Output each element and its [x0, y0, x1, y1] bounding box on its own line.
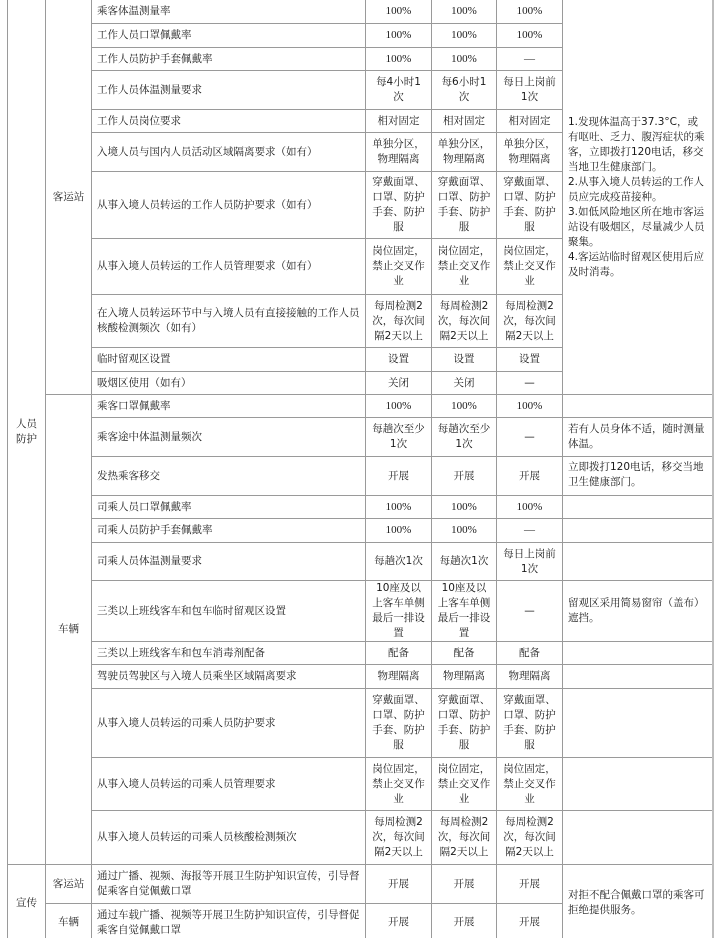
value-cell: 单独分区，物理隔离 — [366, 133, 432, 172]
item-label: 司乘人员口罩佩戴率 — [92, 496, 366, 519]
table-row: 乘客途中体温测量频次 每趟次至少1次 每趟次至少1次 — 若有人员身体不适，随时… — [8, 418, 713, 457]
value-cell: 100% — [366, 519, 432, 543]
value-cell: 开展 — [497, 904, 563, 938]
value-cell: 设置 — [497, 348, 563, 372]
value-cell: 开展 — [366, 865, 432, 904]
value-cell: 单独分区，物理隔离 — [497, 133, 563, 172]
remark-cell — [563, 519, 713, 543]
value-cell: 每周检测2次，每次间隔2天以上 — [366, 295, 432, 348]
value-cell: 开展 — [497, 865, 563, 904]
category-personnel-protection: 人员 防护 — [8, 0, 46, 865]
value-cell: 相对固定 — [497, 110, 563, 133]
item-label: 司乘人员防护手套佩戴率 — [92, 519, 366, 543]
item-label: 工作人员防护手套佩戴率 — [92, 48, 366, 71]
remark-cell — [563, 395, 713, 418]
value-cell: 相对固定 — [432, 110, 497, 133]
value-cell: 穿戴面罩、口罩、防护手套、防护服 — [497, 172, 563, 239]
value-cell: 开展 — [497, 457, 563, 496]
value-cell: 100% — [497, 0, 563, 24]
item-label: 工作人员岗位要求 — [92, 110, 366, 133]
station-remarks: 1.发现体温高于37.3°C，或有呕吐、乏力、腹泻症状的乘客，立即拨打120电话… — [563, 0, 713, 395]
value-cell: 100% — [366, 24, 432, 48]
item-label: 工作人员体温测量要求 — [92, 71, 366, 110]
value-cell: 100% — [497, 24, 563, 48]
item-label: 乘客体温测量率 — [92, 0, 366, 24]
table-row: 从事入境人员转运的司乘人员防护要求 穿戴面罩、口罩、防护手套、防护服 穿戴面罩、… — [8, 689, 713, 758]
table-row: 驾驶员驾驶区与入境人员乘坐区域隔离要求 物理隔离 物理隔离 物理隔离 — [8, 665, 713, 689]
publicity-remarks: 对拒不配合佩戴口罩的乘客可拒绝提供服务。 — [563, 865, 713, 938]
item-label: 通过车载广播、视频等开展卫生防护知识宣传，引导督促乘客自觉佩戴口罩 — [92, 904, 366, 938]
table-row: 三类以上班线客车和包车消毒剂配备 配备 配备 配备 — [8, 642, 713, 665]
subcategory-station: 客运站 — [46, 0, 92, 395]
value-cell: 开展 — [366, 457, 432, 496]
value-cell: 每周检测2次，每次间隔2天以上 — [497, 295, 563, 348]
remark-cell — [563, 543, 713, 581]
value-cell: 100% — [366, 0, 432, 24]
table-row: 发热乘客移交 开展 开展 开展 立即拨打120电话，移交当地卫生健康部门。 — [8, 457, 713, 496]
value-cell: 配备 — [366, 642, 432, 665]
value-cell: — — [497, 519, 563, 543]
remark-cell — [563, 642, 713, 665]
value-cell: 每日上岗前1次 — [497, 543, 563, 581]
value-cell: 开展 — [432, 457, 497, 496]
value-cell: 每4小时1次 — [366, 71, 432, 110]
item-label: 从事入境人员转运的司乘人员管理要求 — [92, 758, 366, 811]
value-cell: — — [497, 48, 563, 71]
table-row: 司乘人员体温测量要求 每趟次1次 每趟次1次 每日上岗前1次 — [8, 543, 713, 581]
table-row: 司乘人员防护手套佩戴率 100% 100% — — [8, 519, 713, 543]
value-cell: 100% — [432, 0, 497, 24]
value-cell: 每趟次至少1次 — [432, 418, 497, 457]
item-label: 乘客途中体温测量频次 — [92, 418, 366, 457]
value-cell: 穿戴面罩、口罩、防护手套、防护服 — [497, 689, 563, 758]
value-cell: 100% — [432, 496, 497, 519]
item-label: 从事入境人员转运的司乘人员核酸检测频次 — [92, 811, 366, 865]
value-cell: 10座及以上客车单侧最后一排设置 — [366, 581, 432, 642]
table-row: 人员 防护 客运站 乘客体温测量率 100% 100% 100% 1.发现体温高… — [8, 0, 713, 24]
table-row: 司乘人员口罩佩戴率 100% 100% 100% — [8, 496, 713, 519]
value-cell: 岗位固定，禁止交叉作业 — [432, 758, 497, 811]
item-label: 吸烟区使用（如有） — [92, 372, 366, 395]
subcategory-pub-vehicle: 车辆 — [46, 904, 92, 938]
remark-cell — [563, 758, 713, 811]
value-cell: 每日上岗前1次 — [497, 71, 563, 110]
value-cell: 物理隔离 — [366, 665, 432, 689]
value-cell: 100% — [497, 496, 563, 519]
subcategory-vehicle: 车辆 — [46, 395, 92, 865]
value-cell: 配备 — [497, 642, 563, 665]
value-cell: 岗位固定，禁止交叉作业 — [497, 758, 563, 811]
value-cell: 每趟次1次 — [366, 543, 432, 581]
item-label: 在入境人员转运环节中与入境人员有直接接触的工作人员核酸检测频次（如有） — [92, 295, 366, 348]
item-label: 乘客口罩佩戴率 — [92, 395, 366, 418]
value-cell: 相对固定 — [366, 110, 432, 133]
value-cell: 100% — [366, 395, 432, 418]
remark-cell — [563, 689, 713, 758]
value-cell: 100% — [432, 24, 497, 48]
value-cell: 物理隔离 — [432, 665, 497, 689]
item-label: 临时留观区设置 — [92, 348, 366, 372]
epidemic-prevention-table: 人员 防护 客运站 乘客体温测量率 100% 100% 100% 1.发现体温高… — [7, 0, 714, 938]
value-cell: 100% — [366, 48, 432, 71]
value-cell: 岗位固定，禁止交叉作业 — [497, 239, 563, 295]
value-cell: 设置 — [432, 348, 497, 372]
value-cell: — — [497, 372, 563, 395]
remark-cell — [563, 665, 713, 689]
item-label: 发热乘客移交 — [92, 457, 366, 496]
value-cell: 每趟次至少1次 — [366, 418, 432, 457]
value-cell: 100% — [497, 395, 563, 418]
remark-cell — [563, 811, 713, 865]
value-cell: 每趟次1次 — [432, 543, 497, 581]
remark-cell: 留观区采用简易窗帘（盖布）遮挡。 — [563, 581, 713, 642]
item-label: 司乘人员体温测量要求 — [92, 543, 366, 581]
value-cell: 物理隔离 — [497, 665, 563, 689]
value-cell: 穿戴面罩、口罩、防护手套、防护服 — [366, 689, 432, 758]
value-cell: 每周检测2次，每次间隔2天以上 — [432, 295, 497, 348]
table-row: 三类以上班线客车和包车临时留观区设置 10座及以上客车单侧最后一排设置 10座及… — [8, 581, 713, 642]
remark-cell — [563, 496, 713, 519]
table-row: 从事入境人员转运的司乘人员管理要求 岗位固定，禁止交叉作业 岗位固定，禁止交叉作… — [8, 758, 713, 811]
value-cell: 开展 — [432, 865, 497, 904]
value-cell: 每周检测2次，每次间隔2天以上 — [366, 811, 432, 865]
table-row: 从事入境人员转运的司乘人员核酸检测频次 每周检测2次，每次间隔2天以上 每周检测… — [8, 811, 713, 865]
value-cell: 关闭 — [366, 372, 432, 395]
value-cell: 穿戴面罩、口罩、防护手套、防护服 — [366, 172, 432, 239]
value-cell: 开展 — [366, 904, 432, 938]
value-cell: 穿戴面罩、口罩、防护手套、防护服 — [432, 689, 497, 758]
remark-cell: 若有人员身体不适，随时测量体温。 — [563, 418, 713, 457]
value-cell: 岗位固定，禁止交叉作业 — [366, 239, 432, 295]
value-cell: 开展 — [432, 904, 497, 938]
value-cell: 100% — [432, 48, 497, 71]
value-cell: 配备 — [432, 642, 497, 665]
value-cell: 穿戴面罩、口罩、防护手套、防护服 — [432, 172, 497, 239]
item-label: 从事入境人员转运的司乘人员防护要求 — [92, 689, 366, 758]
category-publicity: 宣传 — [8, 865, 46, 938]
item-label: 工作人员口罩佩戴率 — [92, 24, 366, 48]
value-cell: 100% — [366, 496, 432, 519]
value-cell: 100% — [432, 519, 497, 543]
value-cell: 每周检测2次，每次间隔2天以上 — [497, 811, 563, 865]
item-label: 从事入境人员转运的工作人员管理要求（如有） — [92, 239, 366, 295]
table-row: 车辆 乘客口罩佩戴率 100% 100% 100% — [8, 395, 713, 418]
item-label: 三类以上班线客车和包车消毒剂配备 — [92, 642, 366, 665]
value-cell: 关闭 — [432, 372, 497, 395]
value-cell: 设置 — [366, 348, 432, 372]
value-cell: 岗位固定，禁止交叉作业 — [366, 758, 432, 811]
item-label: 驾驶员驾驶区与入境人员乘坐区域隔离要求 — [92, 665, 366, 689]
item-label: 三类以上班线客车和包车临时留观区设置 — [92, 581, 366, 642]
value-cell: 每周检测2次，每次间隔2天以上 — [432, 811, 497, 865]
item-label: 通过广播、视频、海报等开展卫生防护知识宣传，引导督促乘客自觉佩戴口罩 — [92, 865, 366, 904]
table-row: 宣传 客运站 通过广播、视频、海报等开展卫生防护知识宣传，引导督促乘客自觉佩戴口… — [8, 865, 713, 904]
value-cell: 岗位固定，禁止交叉作业 — [432, 239, 497, 295]
value-cell: 每6小时1次 — [432, 71, 497, 110]
value-cell: 10座及以上客车单侧最后一排设置 — [432, 581, 497, 642]
value-cell: 单独分区，物理隔离 — [432, 133, 497, 172]
item-label: 入境人员与国内人员活动区域隔离要求（如有） — [92, 133, 366, 172]
item-label: 从事入境人员转运的工作人员防护要求（如有） — [92, 172, 366, 239]
value-cell: 100% — [432, 395, 497, 418]
subcategory-pub-station: 客运站 — [46, 865, 92, 904]
value-cell: — — [497, 418, 563, 457]
remark-cell: 立即拨打120电话，移交当地卫生健康部门。 — [563, 457, 713, 496]
value-cell: — — [497, 581, 563, 642]
